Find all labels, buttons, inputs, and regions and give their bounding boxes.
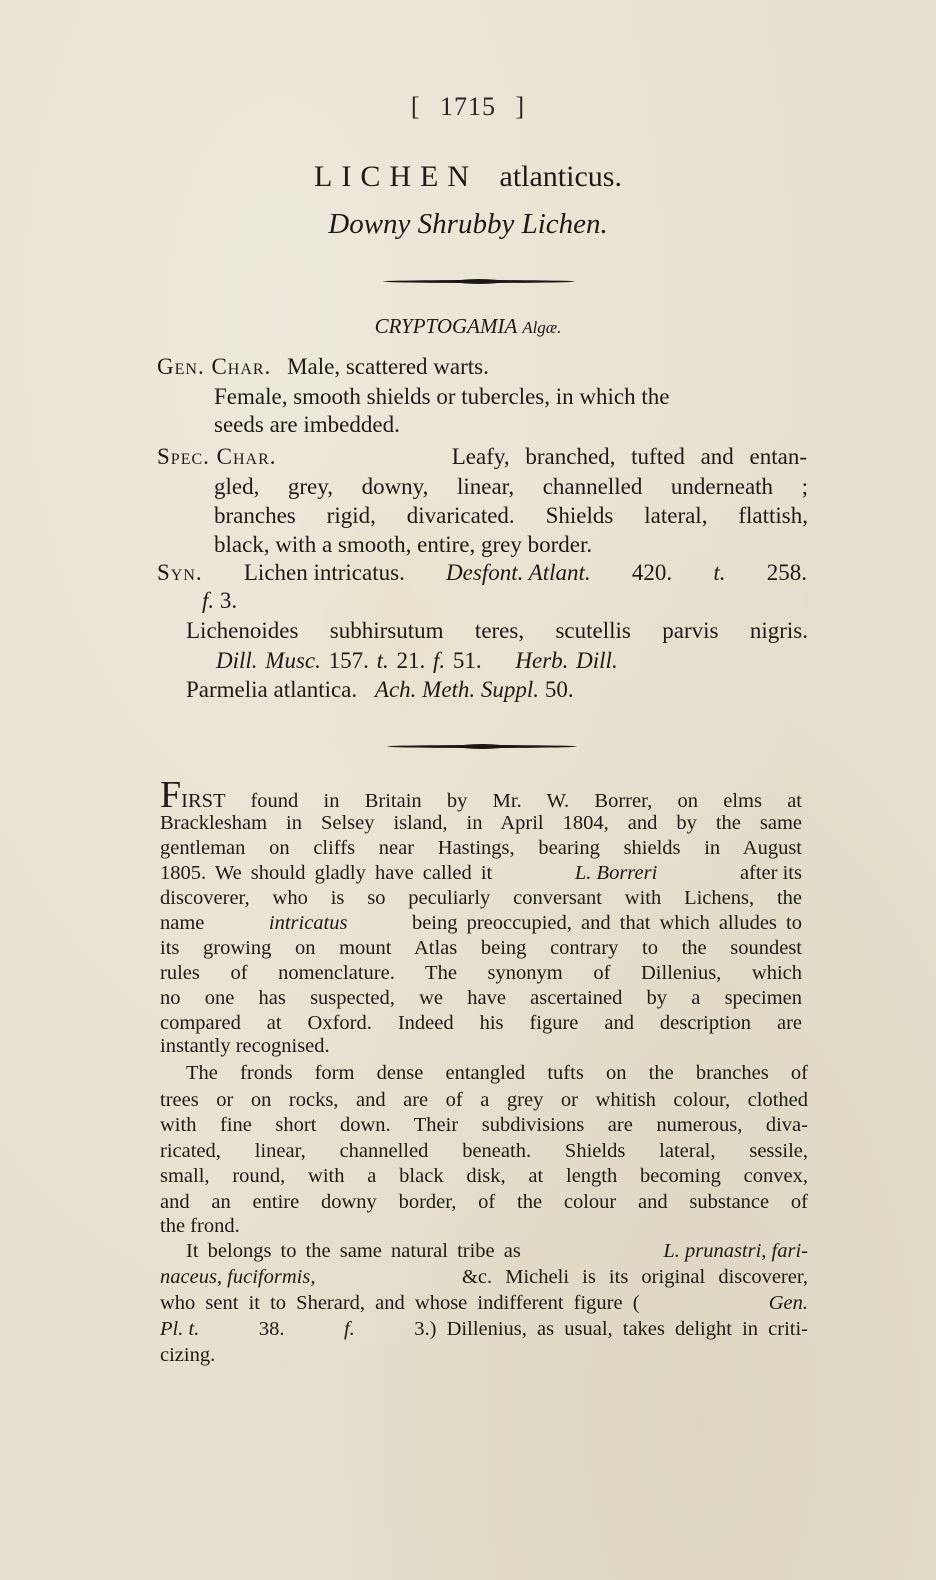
species-name-borreri: L. Borreri [575, 862, 657, 885]
synonym-2-refs: Dill. Musc. 157. t. 21. f. 51. Herb. Dil… [216, 648, 618, 674]
synonym-2-t: t. [377, 648, 389, 673]
synonym-1-fig: f. 3. [202, 588, 237, 614]
synonym-3-name: Parmelia atlantica. [186, 677, 357, 702]
text-span: after its [740, 862, 802, 885]
title-genus: LICHEN [314, 160, 478, 193]
page-number-value: 1715 [440, 92, 496, 121]
gen-char-line-3: seeds are imbedded. [214, 412, 400, 438]
bracket-open: [ [411, 92, 421, 121]
text-span: 1805. We should gladly have called it [160, 862, 492, 885]
paragraph-1-line-4: 1805. We should gladly have called it L.… [160, 862, 802, 885]
synonym-1-figure: 3. [220, 588, 237, 613]
text-span: It belongs to the same natural tribe as [186, 1240, 521, 1263]
reference-pl: Pl. t. [160, 1318, 199, 1341]
text-span: name [160, 912, 204, 935]
text-span: who sent it to Sherard, and whose indiff… [160, 1292, 640, 1315]
synonym-label: Syn. [157, 560, 203, 586]
paragraph-1-line-10: compared at Oxford. Indeed his figure an… [160, 1012, 802, 1035]
synonym-1-t: t. [713, 560, 725, 586]
species-name-intricatus: intricatus [269, 912, 348, 935]
classification: CRYPTOGAMIA Algæ. [0, 314, 936, 339]
paragraph-2-line-7: the frond. [160, 1215, 240, 1238]
paragraph-2-line-6: and an entire downy border, of the colou… [160, 1191, 808, 1214]
paragraph-1-line-6: name intricatus being preoccupied, and t… [160, 912, 802, 935]
species-names: naceus, fuciformis, [160, 1266, 315, 1289]
synonym-2-herb: Herb. Dill. [515, 648, 617, 673]
synonym-3-ref: Ach. Meth. Suppl. [375, 677, 539, 702]
synonym-1-ref: Desfont. Atlant. [446, 560, 591, 586]
common-name: Downy Shrubby Lichen. [0, 208, 936, 241]
synonym-2-ref: Dill. Musc. [216, 648, 321, 673]
spec-char-text: Leafy, branched, tufted and entan- [452, 444, 807, 470]
page-title: LICHEN atlanticus. [0, 160, 936, 194]
drop-cap: F [160, 774, 181, 816]
paragraph-1-line-8: rules of nomenclature. The synonym of Di… [160, 962, 802, 985]
spec-char-line-2: gled, grey, downy, linear, channelled un… [214, 474, 808, 500]
synonym-3: Parmelia atlantica. Ach. Meth. Suppl. 50… [186, 677, 574, 703]
divider-middle [387, 745, 577, 748]
synonym-1-plate: 258. [767, 560, 807, 586]
species-names: L. prunastri, fari- [663, 1240, 808, 1263]
paragraph-2-line-4: ricated, linear, channelled beneath. Shi… [160, 1140, 808, 1163]
synonym-1-page: 420. [632, 560, 672, 586]
paragraph-3-line-5: cizing. [160, 1344, 215, 1367]
gen-char-line-1: Gen. Char. Male, scattered warts. [157, 354, 489, 380]
paragraph-3-line-1: It belongs to the same natural tribe as … [186, 1240, 808, 1263]
plate-number: 38. [259, 1318, 285, 1341]
paragraph-1-line-9: no one has suspected, we have ascertaine… [160, 987, 802, 1010]
spec-char-line-3: branches rigid, divaricated. Shields lat… [214, 503, 808, 529]
gen-char-line-2: Female, smooth shields or tubercles, in … [214, 384, 669, 410]
paragraph-2-line-2: trees or on rocks, and are of a grey or … [160, 1089, 808, 1112]
paragraph-1-line-1: FIRST found in Britain by Mr. W. Borrer,… [160, 776, 802, 814]
page-number: [ 1715 ] [0, 92, 936, 122]
synonym-2-figure: 51. [453, 648, 482, 673]
synonym-3-page: 50. [545, 677, 574, 702]
text-span: 3.) Dillenius, as usual, takes delight i… [414, 1318, 808, 1341]
synonym-1-f: f. [202, 588, 214, 613]
classification-class: CRYPTOGAMIA [375, 314, 517, 338]
spec-char-label: Spec. Char. [157, 444, 277, 470]
title-species: atlanticus. [500, 160, 622, 193]
text-span: &c. Micheli is its original discoverer, [462, 1266, 808, 1289]
divider-top [383, 280, 575, 283]
paragraph-1-line-5: discoverer, who is so peculiarly convers… [160, 887, 802, 910]
paragraph-1-text: IRST found in Britain by Mr. W. Borrer, … [181, 790, 802, 812]
paragraph-3-line-4: Pl. t. 38. f. 3.) Dillenius, as usual, t… [160, 1318, 808, 1341]
spec-char-line-4: black, with a smooth, entire, grey borde… [214, 532, 592, 558]
classification-order: Algæ. [522, 318, 561, 337]
paragraph-1-line-2: Bracklesham in Selsey island, in April 1… [160, 812, 802, 835]
paragraph-1-line-3: gentleman on cliffs near Hastings, beari… [160, 837, 802, 860]
paragraph-2-line-5: small, round, with a black disk, at leng… [160, 1165, 808, 1188]
synonym-2-name: Lichenoides subhirsutum teres, scutellis… [186, 618, 808, 644]
reference-gen: Gen. [769, 1292, 808, 1315]
spec-char-line-1: Spec. Char. Leafy, branched, tufted and … [157, 444, 807, 470]
gen-char-text: Male, scattered warts. [287, 354, 489, 379]
synonym-1-name: Lichen intricatus. [244, 560, 405, 586]
synonym-2-f: f. [433, 648, 445, 673]
paragraph-2-line-1: The fronds form dense entangled tufts on… [186, 1062, 808, 1085]
paragraph-1-line-7: its growing on mount Atlas being contrar… [160, 937, 802, 960]
bracket-close: ] [516, 92, 526, 121]
synonym-2-plate: 21. [397, 648, 426, 673]
paragraph-3-line-3: who sent it to Sherard, and whose indiff… [160, 1292, 808, 1315]
paragraph-1-line-11: instantly recognised. [160, 1035, 330, 1058]
synonym-2-page: 157. [329, 648, 369, 673]
paragraph-3-line-2: naceus, fuciformis, &c. Micheli is its o… [160, 1266, 808, 1289]
figure-f: f. [344, 1318, 355, 1341]
gen-char-label: Gen. Char. [157, 354, 271, 379]
text-span: being preoccupied, and that which allude… [412, 912, 802, 935]
paragraph-2-line-3: with fine short down. Their subdivisions… [160, 1114, 808, 1137]
synonym-1: Syn. Lichen intricatus. Desfont. Atlant.… [157, 560, 807, 586]
